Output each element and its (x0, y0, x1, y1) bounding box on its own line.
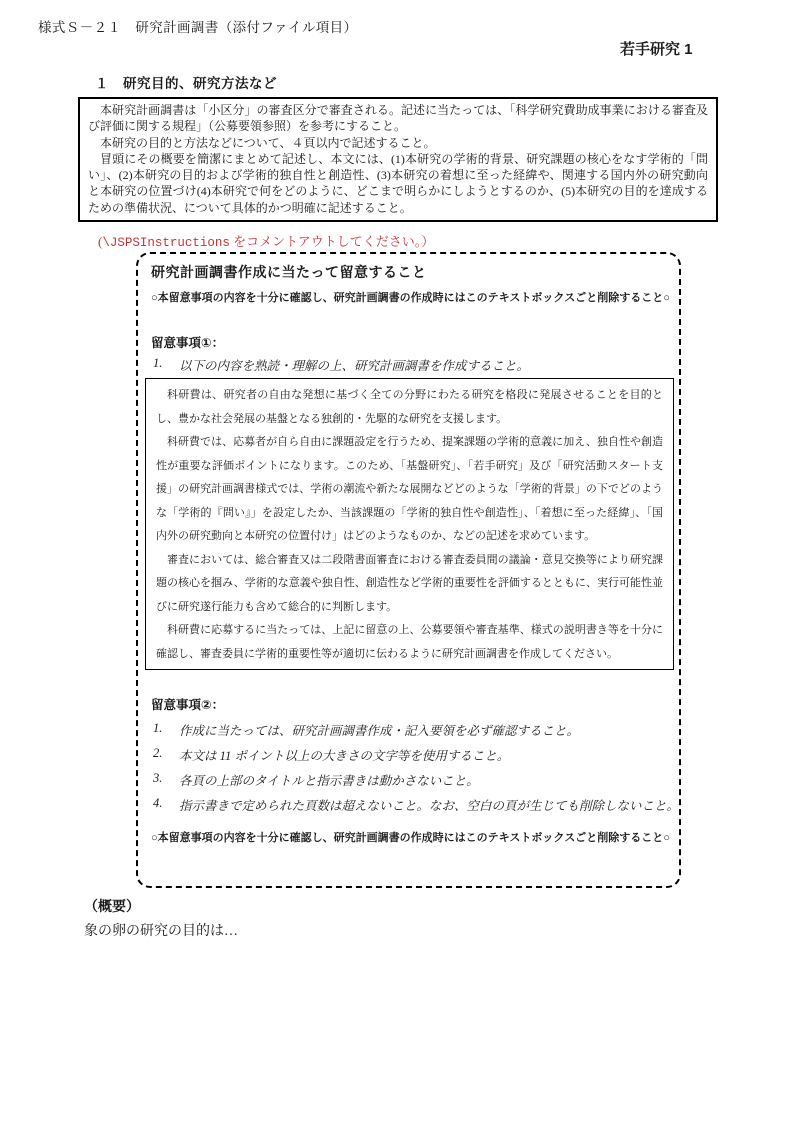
research-category-label: 若手研究 1 (620, 38, 693, 59)
notice-title: 研究計画調書作成に当たって留意すること (151, 262, 427, 282)
notice-list-item: 3. 各頁の上部のタイトルと指示書きは動かさないこと。 (153, 771, 479, 789)
comment-note-text: をコメントアウトしてください。） (230, 234, 434, 249)
notice-section1-heading: 留意事項①： (151, 333, 224, 351)
list-item-text: 指示書きで定められた頁数は超えないこと。なお、空白の頁が生じても削除しないこと。 (179, 796, 679, 814)
list-item-text: 以下の内容を熟読・理解の上、研究計画調書を作成すること。 (179, 356, 529, 374)
list-item-number: 1. (153, 721, 179, 739)
notice-list-item: 1. 作成に当たっては、研究計画調書作成・記入要領を必ず確認すること。 (153, 721, 579, 739)
instruction-paragraph: 本研究計画調書は「小区分」の審査区分で審査される。記述に当たっては、「科学研究費… (88, 102, 708, 135)
kakenhi-paragraph: 審査においては、総合審査又は二段階書面審査における審査委員間の議論・意見交換等に… (156, 549, 663, 620)
delete-note-top: ○本留意事項の内容を十分に確認し、研究計画調書の作成時にはこのテキストボックスご… (151, 289, 670, 305)
latex-comment-note: (\JSPSInstructions をコメントアウトしてください。） (98, 231, 434, 250)
kakenhi-paragraph: 科研費では、応募者が自ら自由に課題設定を行うため、提案課題の学術的意義に加え、独… (156, 431, 663, 549)
section-title: １ 研究目的、研究方法など (95, 72, 277, 92)
summary-body: 象の卵の研究の目的は… (84, 920, 238, 940)
list-item-text: 本文は 11 ポイント以上の大きさの文字等を使用すること。 (179, 746, 509, 764)
notice-textbox: 研究計画調書作成に当たって留意すること ○本留意事項の内容を十分に確認し、研究計… (136, 252, 681, 888)
list-item-text: 作成に当たっては、研究計画調書作成・記入要領を必ず確認すること。 (179, 721, 579, 739)
list-item-number: 4. (153, 796, 179, 814)
list-item-number: 3. (153, 771, 179, 789)
list-item-number: 2. (153, 746, 179, 764)
kakenhi-description-box: 科研費は、研究者の自由な発想に基づく全ての分野にわたる研究を格段に発展させること… (145, 378, 674, 670)
kakenhi-paragraph: 科研費は、研究者の自由な発想に基づく全ての分野にわたる研究を格段に発展させること… (156, 384, 663, 431)
instruction-paragraph: 本研究の目的と方法などについて、４頁以内で記述すること。 (88, 135, 708, 151)
notice-list-item: 1. 以下の内容を熟読・理解の上、研究計画調書を作成すること。 (153, 356, 529, 374)
review-instruction-box: 本研究計画調書は「小区分」の審査区分で審査される。記述に当たっては、「科学研究費… (78, 97, 718, 222)
notice-list-item: 4. 指示書きで定められた頁数は超えないこと。なお、空白の頁が生じても削除しない… (153, 796, 679, 814)
notice-section2-heading: 留意事項②： (151, 695, 224, 713)
latex-command: \JSPSInstructions (102, 236, 230, 250)
notice-list-item: 2. 本文は 11 ポイント以上の大きさの文字等を使用すること。 (153, 746, 509, 764)
form-code-header: 様式Ｓ－２１ 研究計画調書（添付ファイル項目） (38, 16, 357, 36)
list-item-number: 1. (153, 356, 179, 374)
document-page: 様式Ｓ－２１ 研究計画調書（添付ファイル項目） 若手研究 1 １ 研究目的、研究… (0, 0, 794, 1123)
instruction-paragraph: 冒頭にその概要を簡潔にまとめて記述し、本文には、(1)本研究の学術的背景、研究課… (88, 151, 708, 216)
kakenhi-paragraph: 科研費に応募するに当たっては、上記に留意の上、公募要領や審査基準、様式の説明書き… (156, 619, 663, 666)
delete-note-bottom: ○本留意事項の内容を十分に確認し、研究計画調書の作成時にはこのテキストボックスご… (151, 829, 670, 845)
summary-label: （概要） (84, 896, 140, 916)
list-item-text: 各頁の上部のタイトルと指示書きは動かさないこと。 (179, 771, 479, 789)
